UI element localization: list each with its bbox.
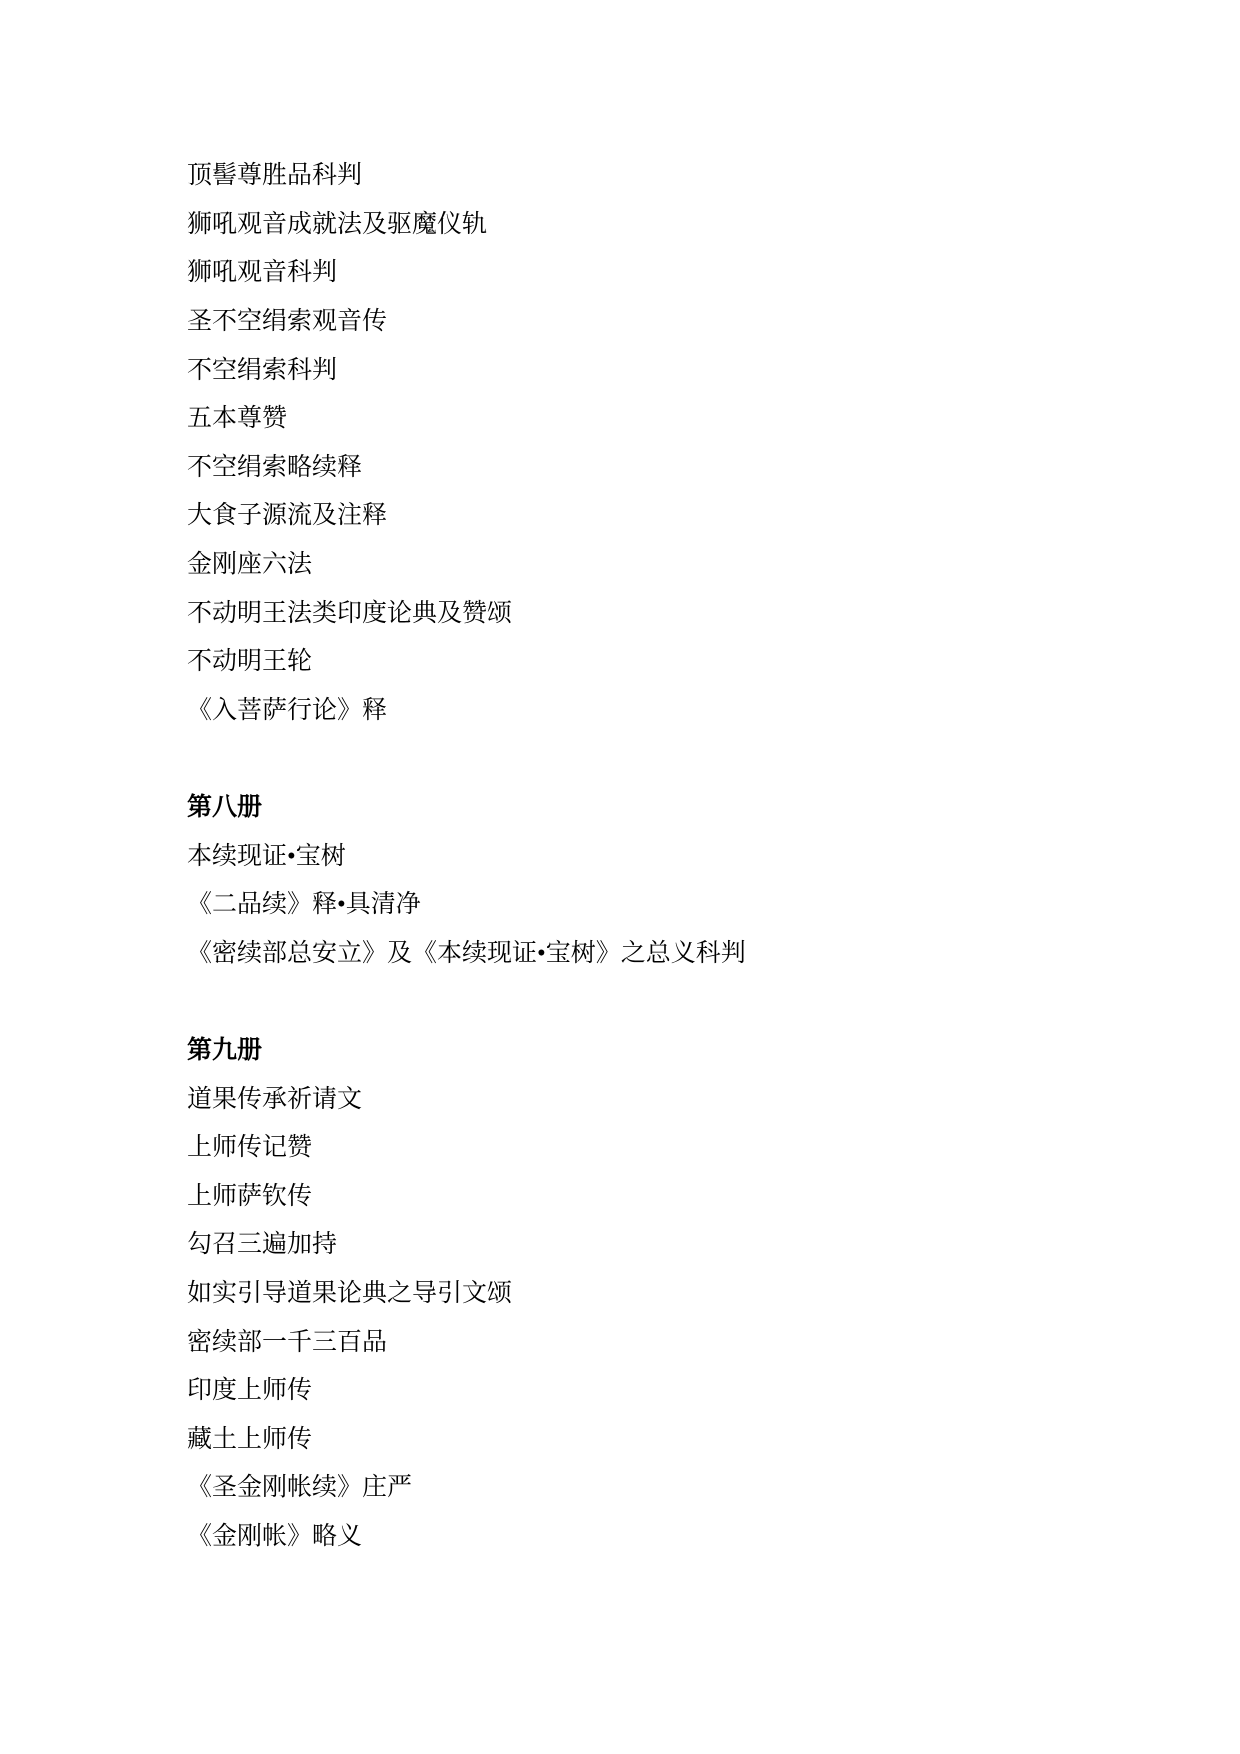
toc-item: 《入菩萨行论》释 (187, 684, 1097, 733)
blank-line (187, 975, 1097, 1024)
toc-item: 顶髻尊胜品科判 (187, 149, 1097, 198)
toc-item: 金刚座六法 (187, 538, 1097, 587)
toc-item: 《密续部总安立》及《本续现证•宝树》之总义科判 (187, 927, 1097, 976)
toc-item: 大食子源流及注释 (187, 489, 1097, 538)
toc-item: 五本尊赞 (187, 392, 1097, 441)
toc-item: 藏土上师传 (187, 1412, 1097, 1461)
toc-item: 不动明王法类印度论典及赞颂 (187, 586, 1097, 635)
toc-item: 《金刚帐》略义 (187, 1510, 1097, 1559)
toc-item: 圣不空绢索观音传 (187, 295, 1097, 344)
toc-item: 狮吼观音科判 (187, 246, 1097, 295)
toc-item: 上师萨钦传 (187, 1169, 1097, 1218)
blank-line (187, 732, 1097, 781)
toc-item: 密续部一千三百品 (187, 1315, 1097, 1364)
toc-item: 勾召三遍加持 (187, 1218, 1097, 1267)
section-header: 第九册 (187, 1024, 1097, 1073)
document-page: 顶髻尊胜品科判狮吼观音成就法及驱魔仪轨狮吼观音科判圣不空绢索观音传不空绢索科判五… (0, 0, 1240, 1754)
toc-item: 上师传记赞 (187, 1121, 1097, 1170)
toc-item: 不动明王轮 (187, 635, 1097, 684)
toc-content: 顶髻尊胜品科判狮吼观音成就法及驱魔仪轨狮吼观音科判圣不空绢索观音传不空绢索科判五… (187, 149, 1097, 1558)
toc-item: 如实引导道果论典之导引文颂 (187, 1267, 1097, 1316)
section-header: 第八册 (187, 781, 1097, 830)
toc-item: 《二品续》释•具清净 (187, 878, 1097, 927)
toc-item: 不空绢索科判 (187, 343, 1097, 392)
toc-item: 本续现证•宝树 (187, 829, 1097, 878)
toc-item: 《圣金刚帐续》庄严 (187, 1461, 1097, 1510)
toc-item: 不空绢索略续释 (187, 441, 1097, 490)
toc-item: 道果传承祈请文 (187, 1072, 1097, 1121)
toc-item: 印度上师传 (187, 1364, 1097, 1413)
toc-item: 狮吼观音成就法及驱魔仪轨 (187, 198, 1097, 247)
